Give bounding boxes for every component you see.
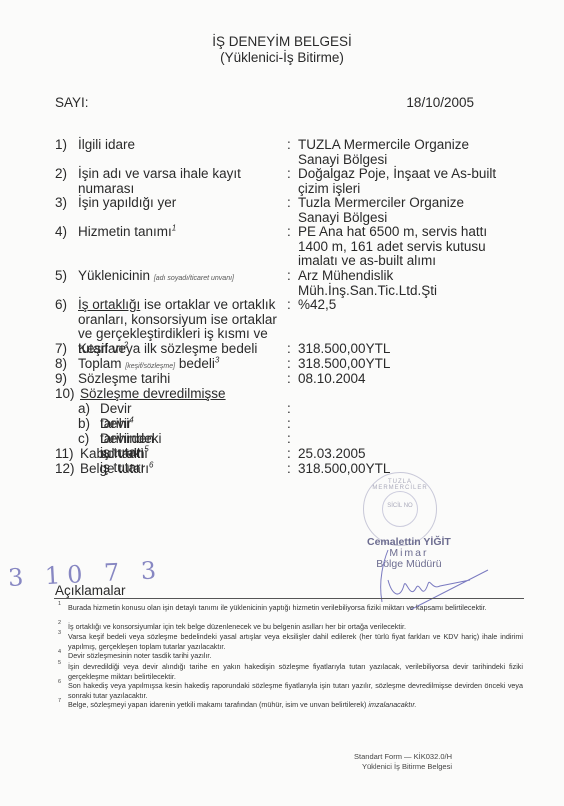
colon: : xyxy=(287,269,291,284)
item-value: 08.10.2004 xyxy=(298,372,498,387)
item-label-underlined: İş ortaklığı xyxy=(78,297,140,312)
item-number: 3) xyxy=(55,196,79,211)
item-number: 2) xyxy=(55,167,79,182)
item-value: 318.500,00YTL xyxy=(298,357,498,372)
item-label-text: Belge tutarı xyxy=(80,461,149,476)
note-item: Devir sözleşmesinin noter tasdik tarihi … xyxy=(68,651,523,661)
stamp-center-text: SİCİL NO xyxy=(364,503,436,509)
form-code: Standart Form — KİK032.0/H xyxy=(354,752,452,762)
item-label: İlgili idare xyxy=(78,138,288,153)
item-label-underlined: Sözleşme devredilmişse xyxy=(80,386,226,401)
item-number: c) xyxy=(78,432,102,447)
notes-divider xyxy=(54,598,524,599)
item-value: TUZLA Mermercile Organize Sanayi Bölgesi xyxy=(298,138,498,167)
colon: : xyxy=(287,196,291,211)
note-item: İş ortaklığı ve konsorsiyumlar için tek … xyxy=(68,622,523,632)
item-value: %42,5 xyxy=(298,298,498,313)
note-number: 1 xyxy=(58,601,61,607)
item-label: Keşif veya ilk sözleşme bedeli xyxy=(78,342,288,357)
note-number: 6 xyxy=(58,679,61,685)
item-value: Arz Mühendislik Müh.İnş.San.Tic.Ltd.Şti xyxy=(298,269,498,298)
colon: : xyxy=(287,342,291,357)
item-number: 6) xyxy=(55,298,79,313)
note-item: Varsa keşif bedeli veya sözleşme bedelin… xyxy=(68,632,523,651)
item-label: Sözleşme tarihi xyxy=(78,372,288,387)
item-number: 4) xyxy=(55,225,79,240)
note-item: Son hakediş veya yapılmışsa kesin hakedi… xyxy=(68,681,523,700)
notes-title: Açıklamalar xyxy=(55,583,126,598)
note-item: İşin devredildiği veya devir alındığı ta… xyxy=(68,662,523,681)
item-number: 7) xyxy=(55,342,79,357)
colon: : xyxy=(287,357,291,372)
note-number: 2 xyxy=(58,620,61,626)
colon: : xyxy=(287,447,291,462)
item-label: İşin adı ve varsa ihale kayıt numarası xyxy=(78,167,298,196)
form-footer: Standart Form — KİK032.0/H Yüklenici İş … xyxy=(354,752,452,772)
colon: : xyxy=(287,402,291,417)
item-label-text: Toplam xyxy=(78,356,122,371)
document-subtitle: (Yüklenici-İş Bitirme) xyxy=(0,50,564,66)
item-number: 9) xyxy=(55,372,79,387)
item-label: İşin yapıldığı yer xyxy=(78,196,288,211)
item-number: 8) xyxy=(55,357,79,372)
note-number: 7 xyxy=(58,698,61,704)
number-label: SAYI: xyxy=(55,95,89,110)
item-hint: [adı soyadı/ticaret unvanı] xyxy=(154,275,234,282)
note-number: 5 xyxy=(58,660,61,666)
item-label: Kabul tarihi xyxy=(80,447,290,462)
colon: : xyxy=(287,372,291,387)
item-label: Sözleşme devredilmişse xyxy=(80,387,290,402)
item-number: a) xyxy=(78,402,102,417)
footnote-ref: 3 xyxy=(215,356,219,365)
item-hint: [keşif/sözleşme] xyxy=(125,363,175,370)
colon: : xyxy=(287,298,291,313)
item-label: Hizmetin tanımı1 xyxy=(78,225,288,240)
official-stamp: TUZLA MERMERCİLER SİCİL NO xyxy=(363,472,437,546)
colon: : xyxy=(287,417,291,432)
note-text: Belge, sözleşmeyi yapan idarenin yetkili… xyxy=(68,700,368,709)
item-label-text: Hizmetin tanımı xyxy=(78,224,172,239)
note-item: Belge, sözleşmeyi yapan idarenin yetkili… xyxy=(68,700,523,710)
document-date: 18/10/2005 xyxy=(406,95,474,110)
signature-icon xyxy=(370,540,490,610)
document-title: İŞ DENEYİM BELGESİ xyxy=(0,34,564,50)
stamp-inner-ring xyxy=(382,491,418,527)
item-value: PE Ana hat 6500 m, servis hattı 1400 m, … xyxy=(298,225,498,269)
note-number: 3 xyxy=(58,630,61,636)
stamp-ring-text: TUZLA MERMERCİLER xyxy=(364,479,436,491)
item-number: b) xyxy=(78,417,102,432)
item-number: 5) xyxy=(55,269,79,284)
form-name: Yüklenici İş Bitirme Belgesi xyxy=(354,762,452,772)
item-number: 1) xyxy=(55,138,79,153)
item-label: Yüklenicinin [adı soyadı/ticaret unvanı] xyxy=(78,269,288,287)
item-value: 318.500,00YTL xyxy=(298,342,498,357)
item-number: 10) xyxy=(55,387,79,402)
item-number: 11) xyxy=(55,447,79,462)
colon: : xyxy=(287,138,291,153)
item-value: 25.03.2005 xyxy=(298,447,498,462)
item-label-after: bedeli xyxy=(175,356,215,371)
footnote-ref: 1 xyxy=(172,224,176,233)
item-number: 12) xyxy=(55,462,79,477)
item-label: Belge tutarı6 xyxy=(80,462,290,477)
colon: : xyxy=(287,167,291,182)
note-number: 4 xyxy=(58,649,61,655)
note-item: Burada hizmetin konusu olan işin detaylı… xyxy=(68,603,523,613)
item-value: Tuzla Mermerciler Organize Sanayi Bölges… xyxy=(298,196,498,225)
note-italic-text: imzalanacaktır. xyxy=(368,700,416,709)
item-value: Doğalgaz Poje, İnşaat ve As-built çizim … xyxy=(298,167,498,196)
item-label-text: Yüklenicinin xyxy=(78,268,150,283)
colon: : xyxy=(287,462,291,477)
footnote-ref: 6 xyxy=(149,461,153,470)
colon: : xyxy=(287,225,291,240)
colon: : xyxy=(287,432,291,447)
